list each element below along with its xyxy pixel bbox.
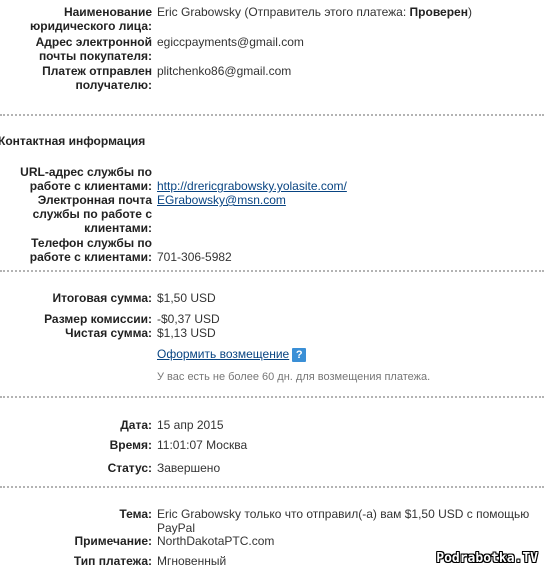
service-phone-value: 701-306-5982 <box>157 250 537 264</box>
recipient-value: plitchenko86@gmail.com <box>157 64 537 78</box>
refund-container: Оформить возмещение? <box>157 347 537 362</box>
service-phone-label: Телефон службы по работе с клиентами: <box>12 236 152 264</box>
note-value: NorthDakotaPTC.com <box>157 534 537 548</box>
divider <box>0 396 544 398</box>
service-email-link[interactable]: EGrabowsky@msn.com <box>157 193 286 207</box>
time-label: Время: <box>12 438 152 452</box>
service-url-label: URL-адрес службы по работе с клиентами: <box>12 165 152 193</box>
refund-note: У вас есть не более 60 дн. для возмещени… <box>157 370 537 384</box>
buyer-email-label: Адрес электронной почты покупателя: <box>12 35 152 63</box>
contact-heading: Контактная информация <box>0 134 145 148</box>
payment-type-label: Тип платежа: <box>12 554 152 568</box>
verification-status: Проверен <box>410 5 468 19</box>
note-label: Примечание: <box>12 534 152 548</box>
date-label: Дата: <box>12 418 152 432</box>
buyer-email-value: egiccpayments@gmail.com <box>157 35 537 49</box>
subject-label: Тема: <box>12 507 152 521</box>
sender-name-close: ) <box>468 5 472 19</box>
legal-name-value: Eric Grabowsky (Отправитель этого платеж… <box>157 5 537 19</box>
time-value: 11:01:07 Москва <box>157 438 537 452</box>
total-label: Итоговая сумма: <box>12 291 152 305</box>
sender-name-text: Eric Grabowsky (Отправитель этого платеж… <box>157 5 410 19</box>
status-value: Завершено <box>157 461 537 475</box>
net-label: Чистая сумма: <box>12 326 152 340</box>
total-value: $1,50 USD <box>157 291 537 305</box>
refund-link[interactable]: Оформить возмещение <box>157 347 289 361</box>
fee-label: Размер комиссии: <box>12 312 152 326</box>
divider <box>0 114 544 116</box>
divider <box>0 486 544 488</box>
fee-value: -$0,37 USD <box>157 312 537 326</box>
help-icon[interactable]: ? <box>292 348 306 362</box>
recipient-label: Платеж отправлен получателю: <box>12 64 152 92</box>
subject-value: Eric Grabowsky только что отправил(-а) в… <box>157 507 532 535</box>
date-value: 15 апр 2015 <box>157 418 537 432</box>
service-url-link[interactable]: http://drericgrabowsky.yolasite.com/ <box>157 179 347 193</box>
watermark-logo: Podrabotka.TV <box>436 551 538 566</box>
divider <box>0 270 544 272</box>
service-email-label: Электронная почта службы по работе с кли… <box>12 193 152 235</box>
status-label: Статус: <box>12 461 152 475</box>
net-value: $1,13 USD <box>157 326 537 340</box>
service-email-value: EGrabowsky@msn.com <box>157 193 537 207</box>
legal-name-label: Наименование юридического лица: <box>12 5 152 33</box>
service-url-value: http://drericgrabowsky.yolasite.com/ <box>157 179 537 193</box>
